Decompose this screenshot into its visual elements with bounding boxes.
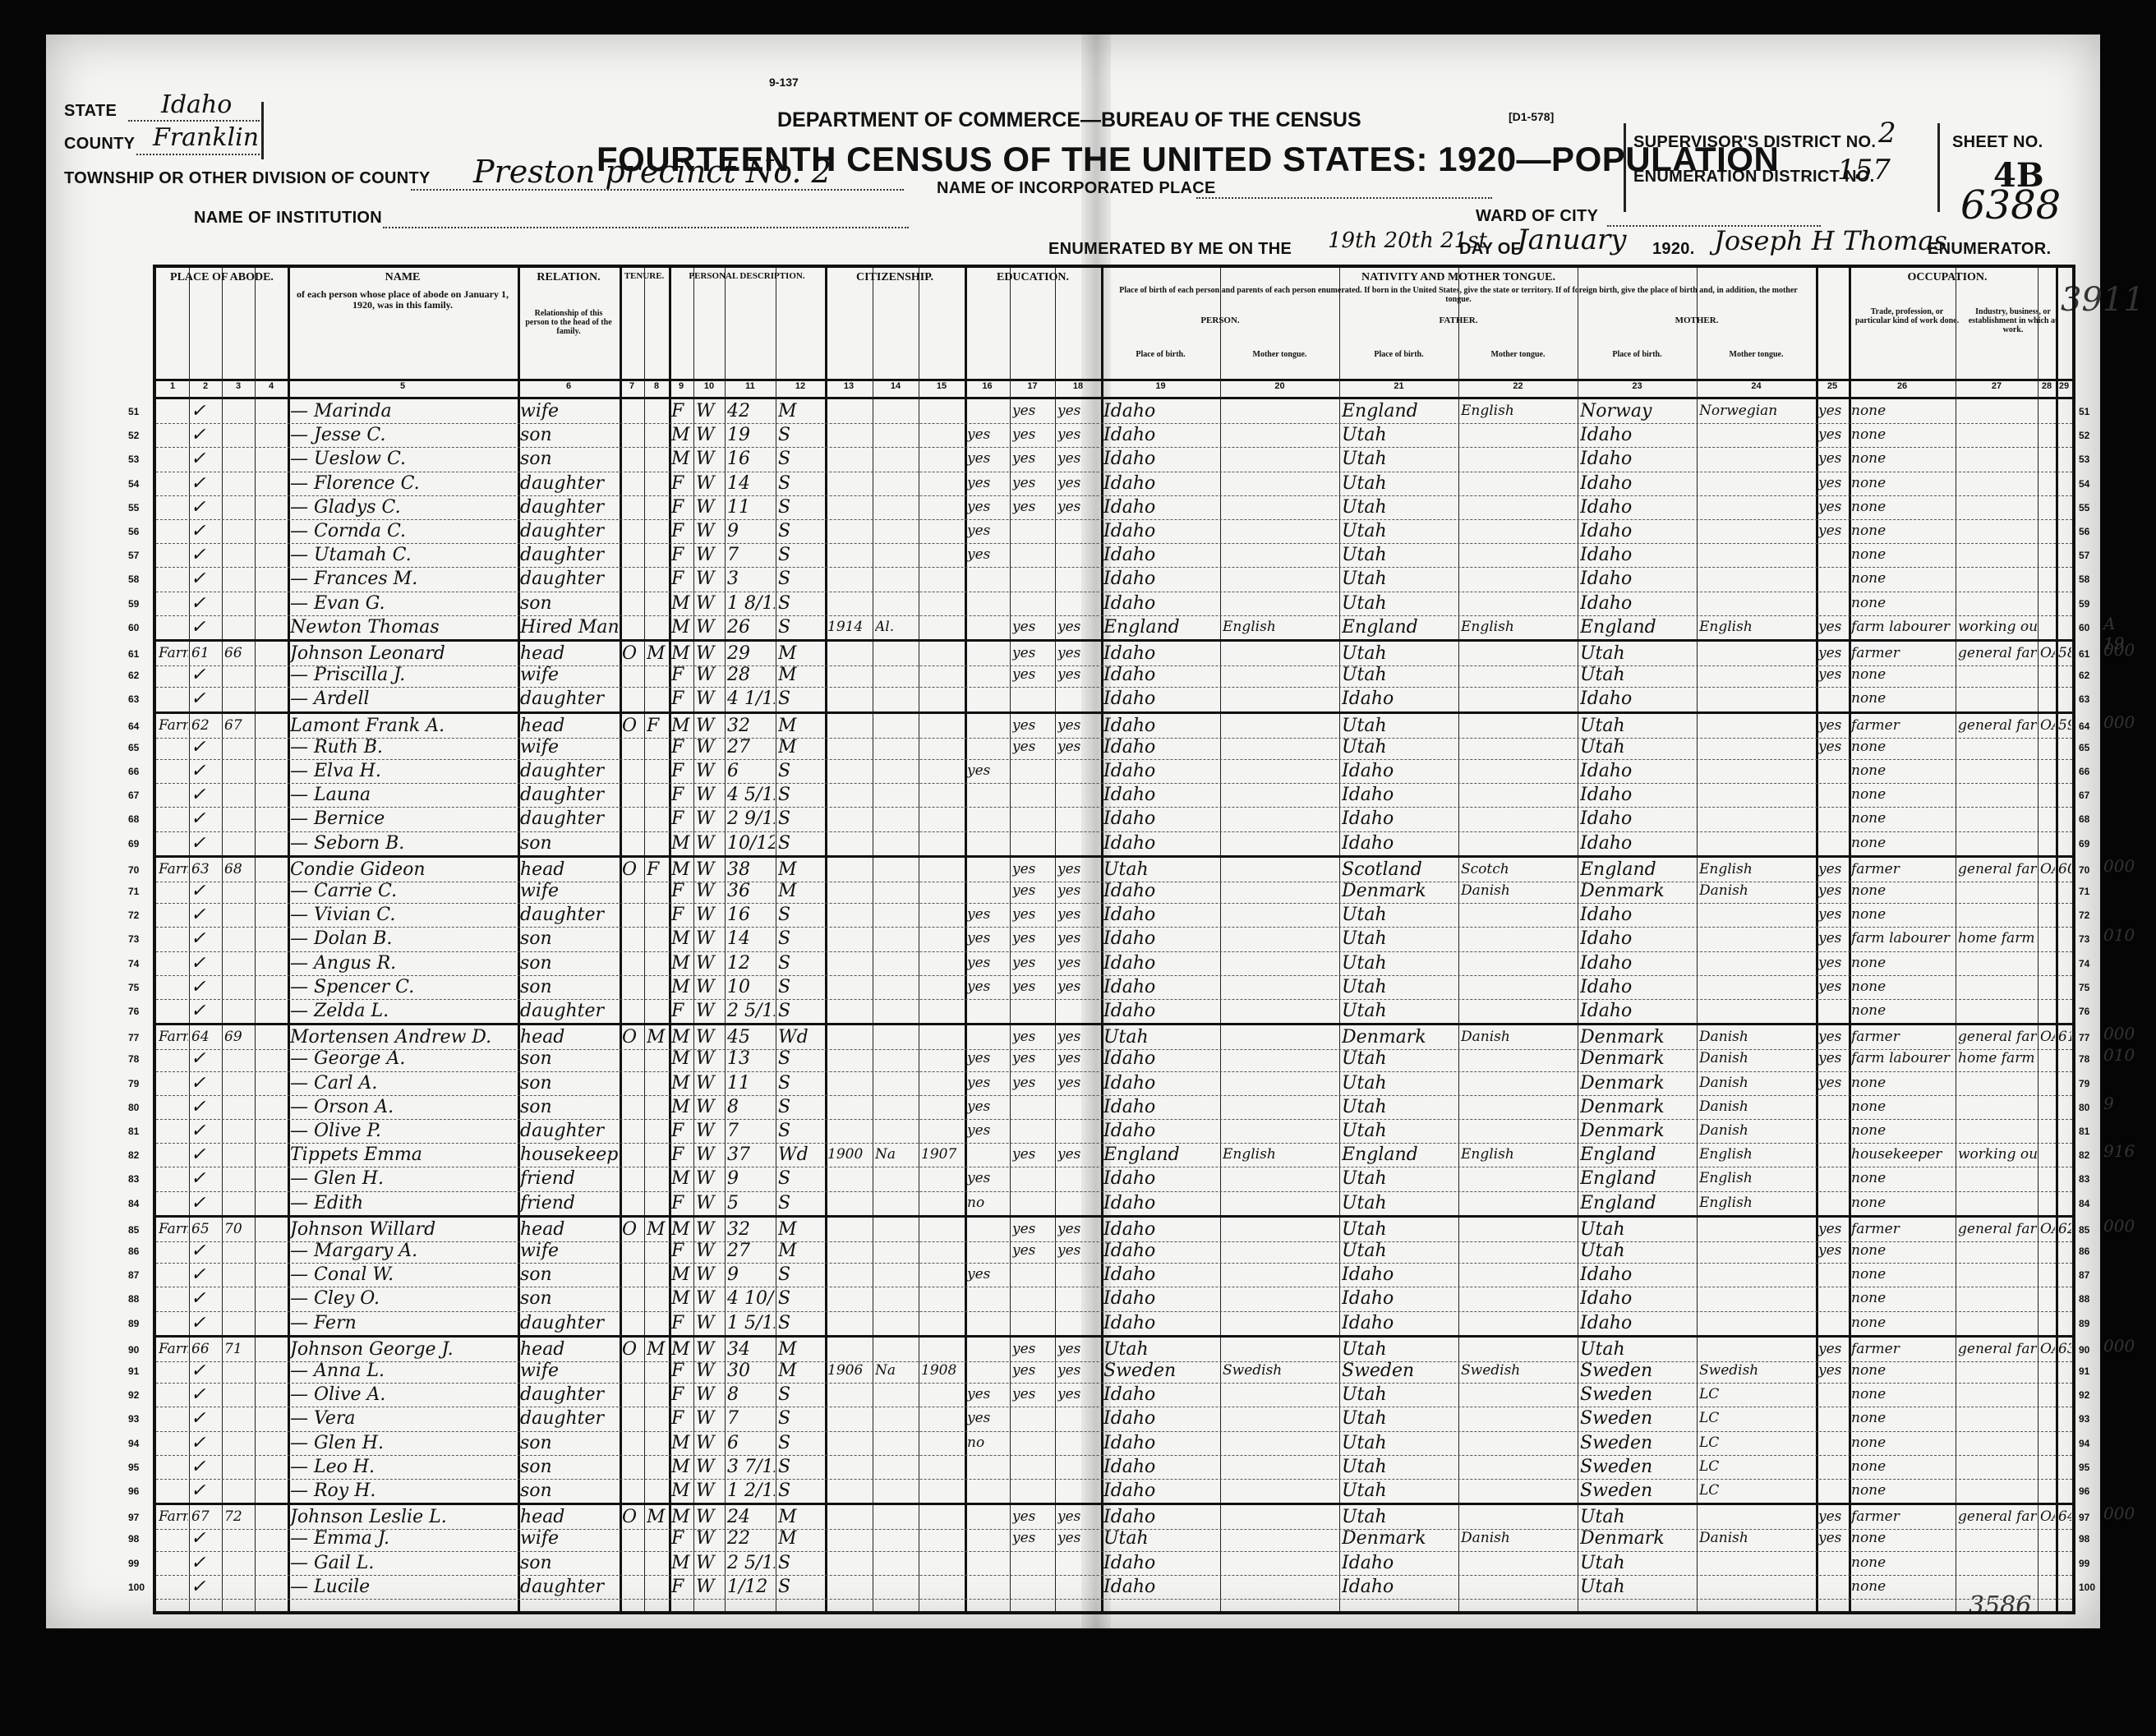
- cell-relation: son: [520, 1551, 619, 1575]
- cell-trade: none: [1851, 1071, 1955, 1095]
- cell-age: 13: [727, 1047, 775, 1071]
- cell-sex: M: [671, 1287, 693, 1310]
- line-number-left: 77: [128, 1032, 139, 1043]
- cell-employer: OA: [2040, 1505, 2055, 1529]
- cell-f-pob: Utah: [1342, 1191, 1458, 1215]
- cell-marital: S: [778, 1455, 824, 1479]
- cell-house: 63: [191, 858, 221, 882]
- line-number-left: 96: [128, 1485, 139, 1497]
- cell-name: — Anna L.: [290, 1359, 517, 1383]
- cell-school: yes: [967, 1407, 1009, 1430]
- enumerated-check-mark: ✓: [191, 687, 220, 711]
- enumerated-check-mark: ✓: [191, 975, 220, 999]
- cell-english: yes: [1818, 495, 1848, 519]
- cell-pob: Idaho: [1103, 1311, 1219, 1335]
- cell-sex: F: [671, 807, 693, 831]
- cell-street: Farm: [159, 1505, 188, 1529]
- cell-trade: none: [1851, 1119, 1955, 1143]
- cell-name: — Seborn B.: [290, 831, 517, 855]
- cell-marital: S: [778, 1551, 824, 1575]
- table-row: 5858✓— Frances M.daughterFW3SIdahoUtahId…: [156, 567, 2072, 592]
- table-row: 5656✓— Cornda C.daughterFW9SyesIdahoUtah…: [156, 519, 2072, 544]
- column-number: 17: [1010, 381, 1055, 391]
- cell-race: W: [696, 1359, 724, 1383]
- cell-name: — Glen H.: [290, 1431, 517, 1455]
- line-number-left: 89: [128, 1318, 139, 1329]
- cell-m-tongue: Danish: [1699, 1526, 1815, 1550]
- cell-m-pob: Idaho: [1580, 543, 1696, 567]
- cell-trade: farmer: [1851, 858, 1955, 882]
- cell-read: yes: [1012, 735, 1054, 759]
- cell-read: yes: [1012, 495, 1054, 519]
- cell-age: 24: [727, 1505, 775, 1529]
- table-row: 7878✓— George A.sonMW13SyesyesyesIdahoUt…: [156, 1047, 2072, 1071]
- table-row: 6565✓— Ruth B.wifeFW27MyesyesIdahoUtahUt…: [156, 735, 2072, 760]
- cell-sex: M: [671, 1479, 693, 1503]
- cell-name: Newton Thomas: [290, 615, 517, 639]
- line-number-right: 86: [2079, 1246, 2089, 1257]
- line-number-right: 71: [2079, 886, 2089, 897]
- cell-age: 16: [727, 447, 775, 471]
- cell-sex: M: [671, 1431, 693, 1455]
- cell-sex: F: [671, 399, 693, 423]
- cell-m-pob: Utah: [1580, 1505, 1696, 1529]
- cell-age: 34: [727, 1338, 775, 1361]
- cell-race: W: [696, 714, 724, 738]
- cell-marital: S: [778, 831, 824, 855]
- cell-trade: none: [1851, 879, 1955, 903]
- cell-write: yes: [1057, 951, 1100, 975]
- month-value: January: [1517, 223, 1626, 256]
- cell-relation: son: [520, 592, 619, 615]
- cell-mort: M: [647, 1218, 668, 1241]
- column-number: 20: [1220, 381, 1339, 391]
- line-number-left: 61: [128, 648, 139, 660]
- cell-relation: daughter: [520, 495, 619, 519]
- cell-pob: Idaho: [1103, 1071, 1219, 1095]
- group-relation: RELATION.: [518, 271, 620, 284]
- cell-name: Johnson Leonard: [290, 642, 517, 665]
- cell-trade: none: [1851, 975, 1955, 999]
- cell-age: 8: [727, 1095, 775, 1119]
- line-number-right: 76: [2079, 1006, 2089, 1017]
- cell-write: yes: [1057, 495, 1100, 519]
- cell-age: 2 5/12: [727, 999, 775, 1023]
- cell-pob: Idaho: [1103, 663, 1219, 687]
- county-label: COUNTY: [64, 135, 135, 154]
- cell-english: yes: [1818, 423, 1848, 447]
- cell-sex: F: [671, 567, 693, 591]
- department-title: DEPARTMENT OF COMMERCE—BUREAU OF THE CEN…: [777, 108, 1361, 132]
- cell-pob: Idaho: [1103, 999, 1219, 1023]
- line-number-right: 95: [2079, 1462, 2089, 1473]
- cell-marital: M: [778, 735, 824, 759]
- cell-m-tongue: LC: [1699, 1383, 1815, 1407]
- cell-marital: S: [778, 1431, 824, 1455]
- cell-dwelling: 67: [224, 714, 254, 738]
- census-title: FOURTEENTH CENSUS OF THE UNITED STATES: …: [597, 140, 1779, 179]
- line-number-left: 71: [128, 886, 139, 897]
- name-subhead: of each person whose place of abode on J…: [296, 289, 509, 311]
- cell-f-pob: Utah: [1342, 927, 1458, 951]
- cell-pob: Utah: [1103, 1025, 1219, 1049]
- father-tongue-head: Mother tongue.: [1458, 350, 1578, 359]
- column-number: 19: [1101, 381, 1220, 391]
- column-number: 4: [255, 381, 288, 391]
- cell-f-pob: Utah: [1342, 423, 1458, 447]
- line-number-right: 78: [2079, 1053, 2089, 1065]
- cell-marital: S: [778, 783, 824, 807]
- cell-write: yes: [1057, 642, 1100, 665]
- line-number-right: 52: [2079, 430, 2089, 441]
- line-number-right: 98: [2079, 1533, 2089, 1545]
- household-head-row: 9797Farm6772Johnson Leslie L.headOMMW24M…: [156, 1503, 2072, 1530]
- cell-write: yes: [1057, 1526, 1100, 1550]
- table-row: 6262✓— Priscilla J.wifeFW28MyesyesIdahoU…: [156, 663, 2072, 688]
- cell-marital: S: [778, 927, 824, 951]
- enumerated-label: ENUMERATED BY ME ON THE: [1048, 240, 1292, 259]
- cell-write: yes: [1057, 1359, 1100, 1383]
- cell-f-pob: Utah: [1342, 472, 1458, 495]
- cell-race: W: [696, 1575, 724, 1599]
- cell-marital: S: [778, 999, 824, 1023]
- cell-m-pob: England: [1580, 858, 1696, 882]
- cell-m-pob: Sweden: [1580, 1431, 1696, 1455]
- cell-race: W: [696, 1383, 724, 1407]
- cell-english: yes: [1818, 951, 1848, 975]
- cell-pob: Idaho: [1103, 807, 1219, 831]
- cell-sex: F: [671, 1575, 693, 1599]
- cell-street: Farm: [159, 714, 188, 738]
- cell-marital: S: [778, 951, 824, 975]
- cell-pob: Idaho: [1103, 1263, 1219, 1287]
- cell-f-pob: Utah: [1342, 663, 1458, 687]
- sheet-label: SHEET NO.: [1952, 133, 2043, 152]
- cell-race: W: [696, 783, 724, 807]
- cell-pob: Idaho: [1103, 592, 1219, 615]
- mother-tongue-head: Mother tongue.: [1697, 350, 1816, 359]
- cell-write: yes: [1057, 1218, 1100, 1241]
- column-number: 25: [1816, 381, 1849, 391]
- cell-marital: S: [778, 1287, 824, 1310]
- cell-english: yes: [1818, 519, 1848, 543]
- cell-f-pob: Utah: [1342, 642, 1458, 665]
- cell-industry: general farm: [1958, 1218, 2037, 1241]
- cell-pob: Idaho: [1103, 1095, 1219, 1119]
- line-number-right: 59: [2079, 598, 2089, 610]
- cell-farm: 58: [2058, 642, 2071, 665]
- cell-sex: F: [671, 687, 693, 711]
- cell-marital: S: [778, 1575, 824, 1599]
- cell-pob: Sweden: [1103, 1359, 1219, 1383]
- cell-english: yes: [1818, 472, 1848, 495]
- cell-f-pob: Idaho: [1342, 759, 1458, 783]
- line-number-left: 66: [128, 766, 139, 777]
- table-row: 5757✓— Utamah C.daughterFW7SyesIdahoUtah…: [156, 543, 2072, 568]
- table-row: 7474✓— Angus R.sonMW12SyesyesyesIdahoUta…: [156, 951, 2072, 976]
- cell-industry: general farm: [1958, 1338, 2037, 1361]
- cell-write: yes: [1057, 1071, 1100, 1095]
- cell-farm: 63: [2058, 1338, 2071, 1361]
- cell-english: yes: [1818, 879, 1848, 903]
- cell-marital: S: [778, 1263, 824, 1287]
- cell-marital: M: [778, 1505, 824, 1529]
- cell-relation: daughter: [520, 903, 619, 927]
- cell-marital: S: [778, 1119, 824, 1143]
- cell-name: — Bernice: [290, 807, 517, 831]
- cell-race: W: [696, 1025, 724, 1049]
- margin-annotation: 000: [2103, 1216, 2135, 1236]
- enumerated-check-mark: ✓: [191, 951, 220, 975]
- cell-race: W: [696, 858, 724, 882]
- cell-employer: OA: [2040, 714, 2055, 738]
- cell-pob: Idaho: [1103, 423, 1219, 447]
- cell-m-pob: Idaho: [1580, 783, 1696, 807]
- cell-m-pob: Idaho: [1580, 519, 1696, 543]
- cell-age: 6: [727, 759, 775, 783]
- line-number-left: 65: [128, 742, 139, 753]
- cell-pob: Idaho: [1103, 831, 1219, 855]
- cell-trade: none: [1851, 951, 1955, 975]
- cell-english: yes: [1818, 903, 1848, 927]
- cell-name: — Jesse C.: [290, 423, 517, 447]
- cell-relation: friend: [520, 1167, 619, 1190]
- cell-dwelling: 72: [224, 1505, 254, 1529]
- cell-sex: M: [671, 1338, 693, 1361]
- cell-read: yes: [1012, 423, 1054, 447]
- line-number-right: 54: [2079, 478, 2089, 490]
- column-number: 11: [725, 381, 776, 391]
- line-number-left: 79: [128, 1078, 139, 1089]
- cell-pob: Idaho: [1103, 1191, 1219, 1215]
- cell-imm: 1906: [827, 1359, 872, 1383]
- cell-relation: son: [520, 1287, 619, 1310]
- cell-relation: son: [520, 1071, 619, 1095]
- cell-m-pob: Sweden: [1580, 1383, 1696, 1407]
- cell-trade: none: [1851, 1191, 1955, 1215]
- cell-m-pob: Norway: [1580, 399, 1696, 423]
- cell-school: yes: [967, 951, 1009, 975]
- cell-sex: M: [671, 447, 693, 471]
- cell-write: yes: [1057, 447, 1100, 471]
- cell-f-pob: Utah: [1342, 495, 1458, 519]
- cell-natyr: 1907: [921, 1143, 964, 1167]
- county-value: Franklin: [153, 123, 259, 152]
- cell-street: Farm: [159, 1025, 188, 1049]
- cell-trade: none: [1851, 1479, 1955, 1503]
- cell-pob: Idaho: [1103, 1287, 1219, 1310]
- table-row: 5252✓— Jesse C.sonMW19SyesyesyesIdahoUta…: [156, 423, 2072, 448]
- enumerated-check-mark: ✓: [191, 1047, 220, 1071]
- cell-f-pob: Scotland: [1342, 858, 1458, 882]
- table-row: 7676✓— Zelda L.daughterFW2 5/12SIdahoUta…: [156, 999, 2072, 1024]
- line-number-right: 58: [2079, 573, 2089, 585]
- cell-english: yes: [1818, 642, 1848, 665]
- cell-read: yes: [1012, 1047, 1054, 1071]
- cell-dwelling: 70: [224, 1218, 254, 1241]
- cell-trade: none: [1851, 423, 1955, 447]
- cell-trade: none: [1851, 783, 1955, 807]
- cell-f-pob: Utah: [1342, 1218, 1458, 1241]
- cell-m-pob: England: [1580, 1167, 1696, 1190]
- cell-name: — Elva H.: [290, 759, 517, 783]
- cell-name: — Angus R.: [290, 951, 517, 975]
- cell-trade: none: [1851, 567, 1955, 591]
- cell-f-pob: Utah: [1342, 999, 1458, 1023]
- cell-race: W: [696, 1431, 724, 1455]
- cell-relation: head: [520, 642, 619, 665]
- cell-m-pob: Idaho: [1580, 472, 1696, 495]
- cell-relation: daughter: [520, 1383, 619, 1407]
- line-number-left: 62: [128, 670, 139, 681]
- cell-f-pob: Utah: [1342, 592, 1458, 615]
- cell-relation: housekeeper: [520, 1143, 619, 1167]
- cell-relation: daughter: [520, 543, 619, 567]
- cell-f-pob: Utah: [1342, 903, 1458, 927]
- cell-sex: M: [671, 858, 693, 882]
- supervisor-value: 2: [1878, 117, 1896, 150]
- cell-age: 32: [727, 714, 775, 738]
- cell-relation: daughter: [520, 1407, 619, 1430]
- cell-age: 22: [727, 1526, 775, 1550]
- group-personal: PERSONAL DESCRIPTION.: [669, 271, 825, 281]
- cell-m-pob: Utah: [1580, 1575, 1696, 1599]
- cell-age: 2 9/12: [727, 807, 775, 831]
- cell-sex: M: [671, 714, 693, 738]
- cell-name: — Utamah C.: [290, 543, 517, 567]
- cell-write: yes: [1057, 615, 1100, 639]
- cell-sex: F: [671, 1143, 693, 1167]
- cell-school: yes: [967, 1119, 1009, 1143]
- column-number: 2: [189, 381, 222, 391]
- cell-name: — Priscilla J.: [290, 663, 517, 687]
- cell-tongue: English: [1223, 1143, 1338, 1167]
- household-head-row: 7070Farm6368Condie GideonheadOFMW38Myesy…: [156, 855, 2072, 882]
- cell-name: — Emma J.: [290, 1526, 517, 1550]
- line-number-left: 86: [128, 1246, 139, 1257]
- cell-trade: none: [1851, 472, 1955, 495]
- cell-f-pob: Utah: [1342, 1383, 1458, 1407]
- cell-house: 66: [191, 1338, 221, 1361]
- cell-marital: M: [778, 1218, 824, 1241]
- line-number-right: 85: [2079, 1224, 2089, 1236]
- cell-race: W: [696, 831, 724, 855]
- cell-race: W: [696, 1047, 724, 1071]
- cell-house: 62: [191, 714, 221, 738]
- cell-relation: son: [520, 975, 619, 999]
- cell-write: yes: [1057, 858, 1100, 882]
- enumerated-check-mark: ✓: [191, 543, 220, 567]
- cell-marital: S: [778, 1383, 824, 1407]
- enumerated-check-mark: ✓: [191, 447, 220, 471]
- cell-dwelling: 71: [224, 1338, 254, 1361]
- cell-f-pob: Idaho: [1342, 687, 1458, 711]
- cell-race: W: [696, 1095, 724, 1119]
- cell-race: W: [696, 1143, 724, 1167]
- cell-f-pob: Utah: [1342, 567, 1458, 591]
- cell-m-pob: Utah: [1580, 1218, 1696, 1241]
- column-number: 7: [620, 381, 644, 391]
- cell-name: — Gail L.: [290, 1551, 517, 1575]
- line-number-left: 74: [128, 958, 139, 969]
- cell-name: Tippets Emma: [290, 1143, 517, 1167]
- cell-age: 9: [727, 519, 775, 543]
- cell-f-pob: Utah: [1342, 975, 1458, 999]
- cell-m-tongue: Swedish: [1699, 1359, 1815, 1383]
- cell-trade: none: [1851, 399, 1955, 423]
- cell-trade: none: [1851, 1407, 1955, 1430]
- cell-sex: F: [671, 903, 693, 927]
- occ-industry-head: Industry, business, or establishment in …: [1964, 307, 2062, 334]
- table-row: 5151✓— MarindawifeFW42MyesyesIdahoEnglan…: [156, 399, 2072, 424]
- cell-school: no: [967, 1431, 1009, 1455]
- cell-industry: home farm: [1958, 927, 2037, 951]
- cell-race: W: [696, 1191, 724, 1215]
- cell-farm: 62: [2058, 1218, 2071, 1241]
- cell-relation: daughter: [520, 687, 619, 711]
- cell-industry: general farm: [1958, 714, 2037, 738]
- cell-industry: general farm: [1958, 642, 2037, 665]
- column-number: 18: [1055, 381, 1101, 391]
- cell-sex: M: [671, 1455, 693, 1479]
- cell-trade: none: [1851, 999, 1955, 1023]
- cell-marital: S: [778, 807, 824, 831]
- cell-age: 1 2/12: [727, 1479, 775, 1503]
- cell-read: yes: [1012, 858, 1054, 882]
- cell-m-pob: Idaho: [1580, 495, 1696, 519]
- line-number-right: 69: [2079, 838, 2089, 850]
- cell-marital: S: [778, 1167, 824, 1190]
- column-number: 8: [644, 381, 669, 391]
- cell-name: Johnson Leslie L.: [290, 1505, 517, 1529]
- cell-trade: none: [1851, 1359, 1955, 1383]
- cell-f-tongue: Swedish: [1461, 1359, 1577, 1383]
- cell-street: Farm: [159, 858, 188, 882]
- cell-age: 27: [727, 735, 775, 759]
- cell-pob: Idaho: [1103, 1479, 1219, 1503]
- line-number-right: 99: [2079, 1558, 2089, 1569]
- cell-m-pob: Denmark: [1580, 1526, 1696, 1550]
- line-number-right: 65: [2079, 742, 2089, 753]
- cell-trade: farmer: [1851, 1025, 1955, 1049]
- cell-f-pob: Idaho: [1342, 1287, 1458, 1310]
- cell-write: yes: [1057, 903, 1100, 927]
- cell-name: Lamont Frank A.: [290, 714, 517, 738]
- cell-f-pob: Utah: [1342, 951, 1458, 975]
- group-education: EDUCATION.: [965, 271, 1101, 284]
- cell-sex: M: [671, 1167, 693, 1190]
- cell-school: yes: [967, 927, 1009, 951]
- cell-relation: son: [520, 1263, 619, 1287]
- cell-name: — Florence C.: [290, 472, 517, 495]
- institution-label: NAME OF INSTITUTION: [194, 209, 382, 228]
- cell-age: 3: [727, 567, 775, 591]
- cell-relation: daughter: [520, 1311, 619, 1335]
- cell-trade: farm labourer: [1851, 927, 1955, 951]
- cell-english: yes: [1818, 615, 1848, 639]
- cell-write: yes: [1057, 1047, 1100, 1071]
- cell-m-tongue: LC: [1699, 1431, 1815, 1455]
- cell-sex: M: [671, 1505, 693, 1529]
- census-sheet: STATE Idaho COUNTY Franklin TOWNSHIP OR …: [46, 35, 2100, 1628]
- cell-english: yes: [1818, 1338, 1848, 1361]
- line-number-right: 87: [2079, 1269, 2089, 1281]
- cell-m-pob: Denmark: [1580, 1071, 1696, 1095]
- cell-pob: Idaho: [1103, 1575, 1219, 1599]
- cell-age: 28: [727, 663, 775, 687]
- cell-write: yes: [1057, 472, 1100, 495]
- cell-relation: head: [520, 1505, 619, 1529]
